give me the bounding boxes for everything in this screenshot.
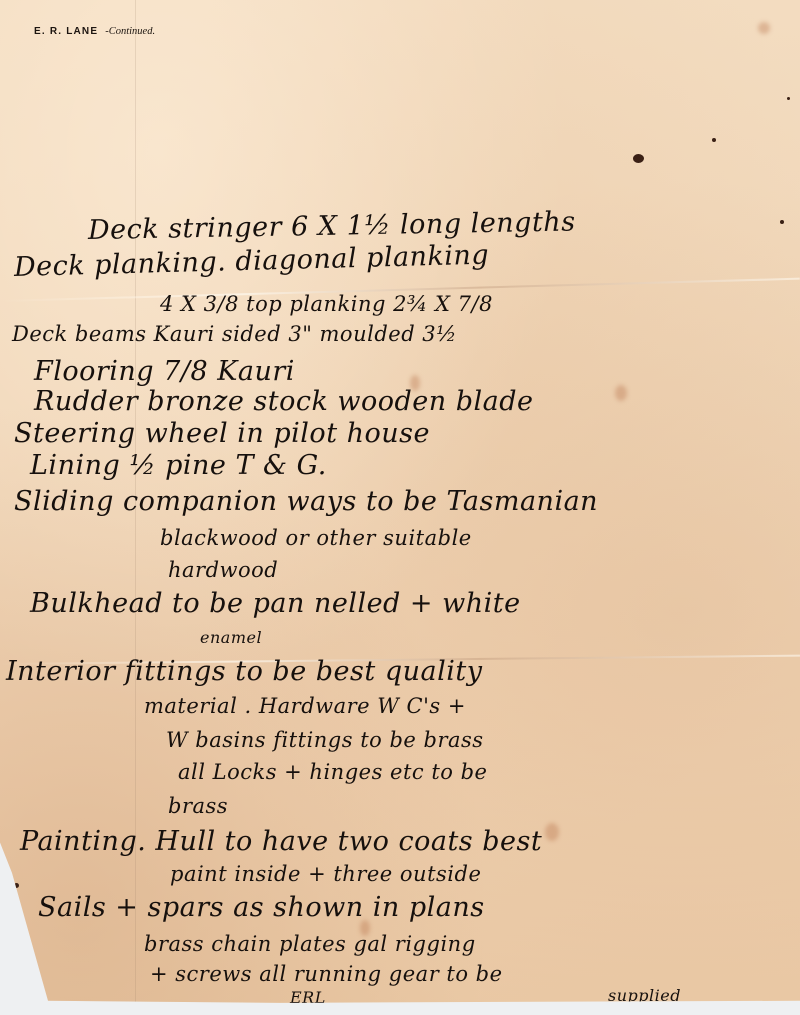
handwritten-line: Interior fittings to be best quality: [6, 656, 482, 687]
handwritten-line: supplied: [608, 986, 681, 1005]
handwritten-line: paint inside + three outside: [170, 862, 481, 886]
handwritten-line: Steering wheel in pilot house: [14, 418, 430, 449]
letterhead-name: E. R. LANE: [34, 26, 98, 37]
handwritten-line: brass: [168, 794, 228, 818]
ink-spot: [14, 883, 19, 888]
handwritten-line: Sliding companion ways to be Tasmanian: [14, 486, 598, 517]
handwritten-line: brass chain plates gal rigging: [144, 932, 476, 956]
handwritten-line: Deck beams Kauri sided 3" moulded 3½: [12, 322, 457, 346]
handwritten-line: Lining ½ pine T & G.: [30, 450, 327, 481]
handwritten-line: Sails + spars as shown in plans: [38, 892, 485, 923]
ink-spot: [712, 138, 716, 142]
handwritten-line: all Locks + hinges etc to be: [178, 760, 487, 784]
handwritten-line: Painting. Hull to have two coats best: [20, 826, 542, 857]
handwritten-line: Bulkhead to be pan nelled + white: [30, 588, 521, 619]
handwritten-line: blackwood or other suitable: [160, 526, 472, 550]
handwritten-line: Deck stringer 6 X 1½ long lengths: [88, 206, 576, 246]
ink-spot: [633, 154, 644, 163]
letterhead: E. R. LANE -Continued.: [34, 26, 155, 37]
water-stain: [758, 22, 770, 34]
letterhead-continued: -Continued.: [105, 26, 155, 37]
handwritten-line: Deck planking. diagonal planking: [14, 240, 490, 283]
ink-spot: [780, 220, 784, 224]
handwritten-line: hardwood: [168, 558, 278, 582]
handwritten-line: Rudder bronze stock wooden blade: [34, 386, 534, 417]
water-stain: [545, 823, 559, 841]
water-stain: [615, 385, 627, 401]
handwritten-initials: ERL: [290, 988, 326, 1007]
handwritten-line: + screws all running gear to be: [150, 962, 503, 986]
handwritten-line: enamel: [200, 628, 262, 647]
handwritten-line: 4 X 3/8 top planking 2¾ X 7/8: [160, 292, 493, 316]
handwritten-line: Flooring 7/8 Kauri: [34, 356, 295, 387]
handwritten-line: W basins fittings to be brass: [166, 728, 484, 752]
ink-spot: [787, 97, 790, 100]
handwritten-line: material . Hardware W C's +: [144, 694, 466, 718]
letter-page: E. R. LANE -Continued. Deck stringer 6 X…: [0, 0, 800, 1015]
